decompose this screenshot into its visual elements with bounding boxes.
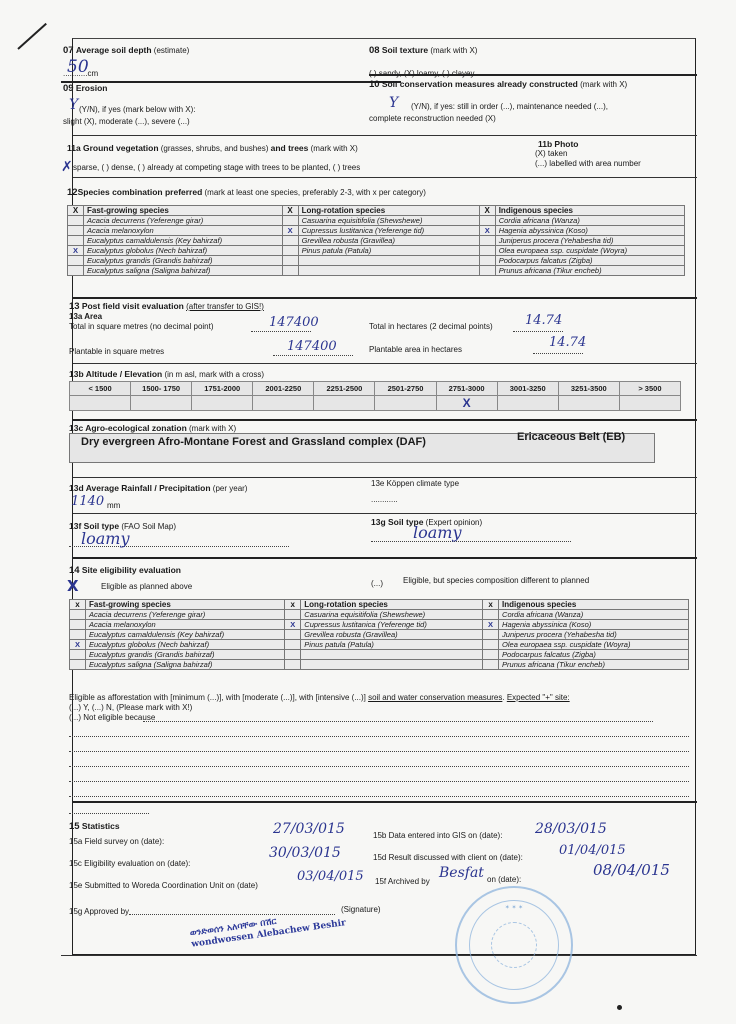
indigenous-mark: X (479, 226, 495, 236)
dotted-line (69, 813, 149, 814)
s13c-heading: 13c Agro-ecological zonation (mark with … (69, 423, 236, 433)
s11a-heading: 11a Ground vegetation (grasses, shrubs, … (67, 143, 358, 153)
altitude-table: < 15001500- 17501751-20002001-22502251-2… (69, 381, 681, 411)
s13b-heading: 13b Altitude / Elevation (in m asl, mark… (69, 369, 264, 379)
dotted-line (371, 541, 571, 542)
altitude-cell[interactable] (619, 396, 680, 411)
indigenous-mark: X (483, 620, 499, 630)
total-sqm-label: Total in square metres (no decimal point… (69, 322, 214, 331)
gis-entry-label: 15b Data entered into GIS on (date): (373, 831, 502, 840)
species-row[interactable]: Acacia melanoxylonXCupressus lustitanica… (70, 620, 689, 630)
dotted-line (251, 331, 311, 332)
koppen-value[interactable]: ............ (371, 495, 398, 504)
client-discussion-date[interactable]: 01/04/015 (559, 843, 626, 858)
reason-line[interactable] (69, 736, 689, 737)
conservation-value[interactable]: Y (389, 95, 398, 111)
species-row[interactable]: Acacia decurrens (Yeferenge girar)Casuar… (68, 216, 685, 226)
sparse-checkmark: ✗ (61, 159, 73, 175)
yes-no-line[interactable]: (...) Y, (...) N, (Please mark with X!) (69, 703, 192, 712)
s08-heading: 08 Soil texture (mark with X) (369, 45, 477, 56)
altitude-cell[interactable] (70, 396, 131, 411)
divider (73, 557, 697, 559)
rainfall-unit: mm (107, 501, 120, 510)
altitude-cell[interactable] (375, 396, 436, 411)
eligible-checkmark: X (67, 577, 79, 595)
vegetation-options[interactable]: sparse, ( ) dense, ( ) already at compet… (73, 163, 360, 172)
altitude-cell-selected[interactable]: X (436, 396, 497, 411)
fast-growing-mark: X (68, 246, 84, 256)
fast-growing-mark: X (70, 640, 86, 650)
s09-heading: 09 Erosion (63, 83, 107, 94)
reason-line[interactable] (69, 751, 689, 752)
s15-heading: 15 Statistics (69, 821, 120, 832)
submitted-date[interactable]: 03/04/015 (297, 869, 364, 884)
species-row[interactable]: XEucalyptus globolus (Nech bahirzaf)Pinu… (70, 640, 689, 650)
divider (73, 297, 697, 299)
reason-line[interactable] (69, 766, 689, 767)
species-row[interactable]: Eucalyptus camaldulensis (Key bahirzaf)G… (68, 236, 685, 246)
archived-date[interactable]: 08/04/015 (593, 861, 670, 879)
afforestation-line[interactable]: Eligible as afforestation with [minimum … (69, 693, 570, 702)
divider (73, 363, 697, 364)
field-survey-date[interactable]: 27/03/015 (273, 821, 345, 837)
eligible-different-option[interactable]: Eligible, but species composition differ… (403, 576, 589, 585)
s12-heading: 12Species combination preferred (mark at… (67, 187, 426, 198)
divider (73, 801, 697, 803)
zone-option-eb[interactable]: Ericaceous Belt (EB) (517, 431, 625, 443)
archived-by-label: 15f Archived by (375, 877, 430, 886)
species-table-preferred: XFast-growing species XLong-rotation spe… (67, 205, 685, 276)
species-row[interactable]: Eucalyptus saligna (Saligna bahirzaf)Pru… (68, 266, 685, 276)
species-row[interactable]: Eucalyptus camaldulensis (Key bahirzaf)G… (70, 630, 689, 640)
conservation-line2[interactable]: complete reconstruction needed (X) (369, 114, 496, 123)
plantable-ha-value[interactable]: 14.74 (549, 335, 586, 350)
reason-line[interactable] (69, 796, 689, 797)
reason-line[interactable] (143, 721, 653, 722)
divider (73, 477, 697, 478)
dotted-line (533, 353, 583, 354)
photo-taken-option[interactable]: (X) taken (535, 149, 567, 158)
species-row[interactable]: XEucalyptus globolus (Nech bahirzaf)Pinu… (68, 246, 685, 256)
altitude-cell[interactable] (131, 396, 192, 411)
conservation-line1: (Y/N), if yes: still in order (...), mai… (411, 102, 608, 111)
reason-line[interactable] (69, 781, 689, 782)
plantable-sqm-value[interactable]: 147400 (287, 339, 337, 354)
archived-by-value[interactable]: Besfat (439, 865, 484, 881)
gis-entry-date[interactable]: 28/03/015 (535, 821, 607, 837)
client-discussion-label: 15d Result discussed with client on (dat… (373, 853, 523, 862)
divider (73, 135, 697, 136)
divider (61, 955, 697, 956)
divider (61, 81, 401, 83)
erosion-line1: (Y/N), if yes (mark below with X): (79, 105, 195, 114)
species-row[interactable]: Eucalyptus grandis (Grandis bahirzaf)Pod… (68, 256, 685, 266)
s11b-heading: 11b Photo (538, 139, 579, 149)
ink-dot (617, 1005, 622, 1010)
official-seal-icon: ✶ ✶ ✶ (455, 886, 573, 1004)
altitude-cell[interactable] (497, 396, 558, 411)
altitude-cell[interactable] (558, 396, 619, 411)
eligibility-eval-label: 15c Eligibility evaluation on (date): (69, 859, 190, 868)
total-sqm-value[interactable]: 147400 (269, 315, 319, 330)
photo-labelled-option[interactable]: (...) labelled with area number (535, 159, 641, 168)
total-ha-value[interactable]: 14.74 (525, 313, 562, 328)
submitted-label: 15e Submitted to Woreda Coordination Uni… (69, 881, 258, 890)
s13a-heading: 13a Area (69, 312, 102, 321)
eligible-different-mark[interactable]: (...) (371, 579, 383, 588)
species-row[interactable]: Eucalyptus saligna (Saligna bahirzaf)Pru… (70, 660, 689, 670)
altitude-cell[interactable] (314, 396, 375, 411)
zone-option-daf[interactable]: Dry evergreen Afro-Montane Forest and Gr… (81, 436, 426, 448)
rainfall-value[interactable]: 1140 (71, 494, 104, 509)
eligibility-eval-date[interactable]: 30/03/015 (269, 845, 341, 861)
field-survey-label: 15a Field survey on (date): (69, 837, 164, 846)
form-page: 07 Average soil depth (estimate) .......… (72, 38, 696, 955)
long-rotation-mark: X (282, 226, 298, 236)
s14-heading: 14 Site eligibility evaluation (69, 565, 181, 576)
approved-by-label: 15g Approved by (69, 907, 129, 916)
s13-heading: 13 Post field visit evaluation (after tr… (69, 301, 264, 312)
s10-heading: 10 Soil conservation measures already co… (369, 79, 627, 90)
s07-heading: 07 Average soil depth (estimate) (63, 45, 189, 56)
divider (73, 177, 697, 178)
corner-pen-mark (17, 23, 47, 50)
altitude-cell[interactable] (253, 396, 314, 411)
altitude-cell[interactable] (192, 396, 253, 411)
s13e-heading: 13e Köppen climate type (371, 479, 459, 488)
erosion-value[interactable]: Y (69, 97, 78, 113)
plantable-ha-label: Plantable area in hectares (369, 345, 462, 354)
archived-on-label: on (date): (487, 875, 521, 884)
s13d-heading: 13d Average Rainfall / Precipitation (pe… (69, 483, 247, 493)
divider (369, 74, 697, 76)
soil-fao-value[interactable]: loamy (81, 529, 130, 548)
dotted-line (273, 355, 353, 356)
divider (73, 419, 697, 421)
total-ha-label: Total in hectares (2 decimal points) (369, 322, 493, 331)
soil-expert-value[interactable]: loamy (413, 523, 462, 542)
species-row[interactable]: Acacia melanoxylonXCupressus lustitanica… (68, 226, 685, 236)
eligible-as-planned-option[interactable]: Eligible as planned above (101, 582, 192, 591)
species-row[interactable]: Eucalyptus grandis (Grandis bahirzaf)Pod… (70, 650, 689, 660)
dotted-line (513, 331, 563, 332)
divider (73, 513, 697, 514)
species-table-eligibility: xFast-growing species xLong-rotation spe… (69, 599, 689, 670)
plantable-sqm-label: Plantable in square metres (69, 347, 164, 356)
soil-depth-value[interactable]: 50 (67, 57, 89, 77)
long-rotation-mark: X (285, 620, 301, 630)
signature-label: (Signature) (341, 905, 381, 914)
erosion-severity[interactable]: slight (X), moderate (...), severe (...) (63, 117, 190, 126)
species-row[interactable]: Acacia decurrens (Yeferenge girar)Casuar… (70, 610, 689, 620)
